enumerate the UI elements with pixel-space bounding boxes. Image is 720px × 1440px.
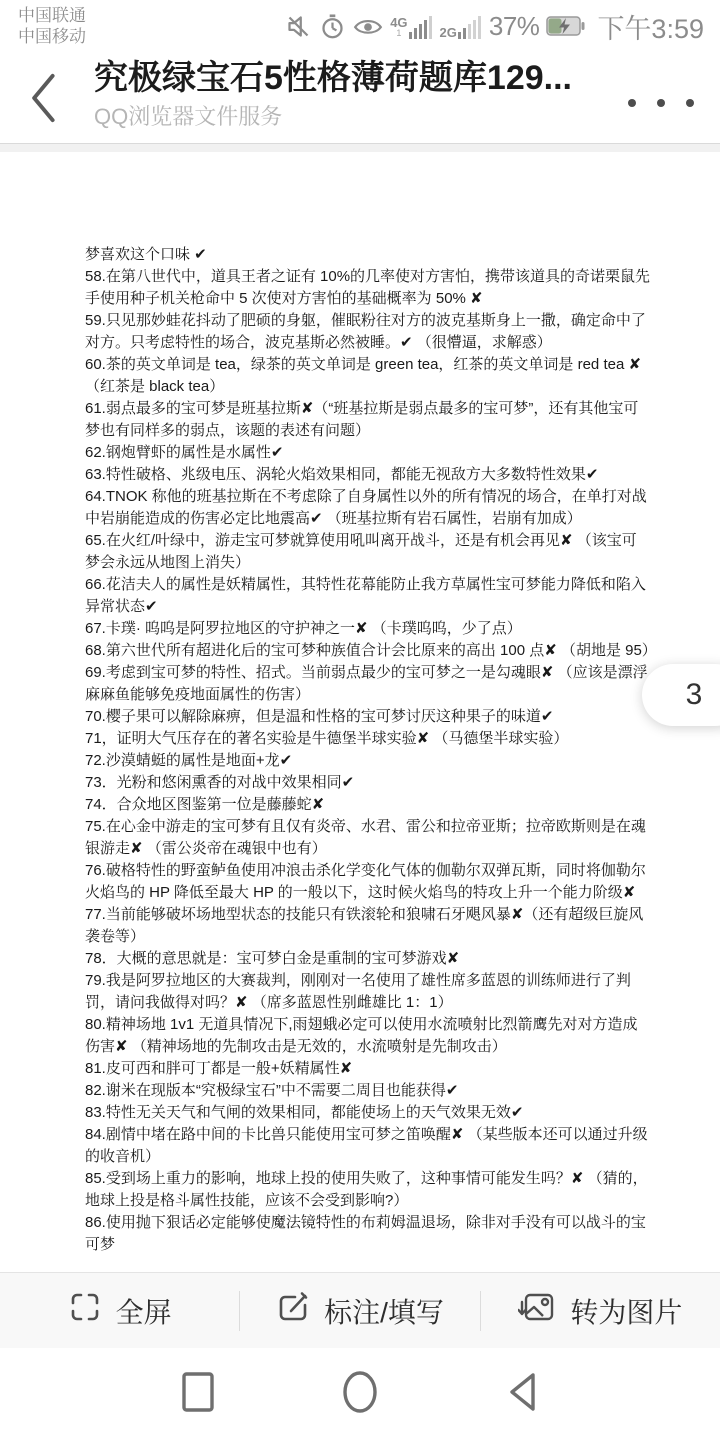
eye-comfort-icon [353,14,383,38]
question-line: 69.考虑到宝可梦的特性、招式。当前弱点最少的宝可梦之一是勾魂眼✘ （应该是漂浮… [85,662,651,706]
battery-charging-icon [546,15,586,37]
bottom-toolbar: 全屏 标注/填写 转为图片 [0,1272,720,1348]
question-line: 60.茶的英文单词是 tea，绿茶的英文单词是 green tea，红茶的英文单… [85,354,651,398]
question-line: 67.卡璞· 呜呜是阿罗拉地区的守护神之一✘ （卡璞呜呜，少了点） [85,618,651,640]
document-page[interactable]: 梦喜欢这个口味 ✔ 58.在第八世代中，道具王者之证有 10%的几率使对方害怕，… [0,152,720,1272]
fullscreen-button[interactable]: 全屏 [0,1290,239,1331]
question-line: 83.特性无关天气和气闸的效果相同，都能使场上的天气效果无效✔ [85,1102,651,1124]
header-divider [0,143,720,152]
annotate-icon [276,1290,310,1331]
annotate-button[interactable]: 标注/填写 [240,1290,479,1331]
question-line: 64.TNOK 称他的班基拉斯在不考虑除了自身属性以外的所有情况的场合，在单打对… [85,486,651,530]
question-line: 79.我是阿罗拉地区的大赛裁判，刚刚对一名使用了雄性席多蓝恩的训练师进行了判罚，… [85,970,651,1014]
fullscreen-label: 全屏 [116,1291,172,1331]
more-dots-icon [628,99,636,107]
carrier-2: 中国移动 [18,26,86,47]
fullscreen-icon [68,1290,102,1331]
question-line: 82.谢米在现版本“究极绿宝石”中不需要二周目也能获得✔ [85,1080,651,1102]
alarm-icon [319,13,346,40]
back-button[interactable] [20,65,68,135]
sim2-signal-icon: 2G [440,13,482,39]
status-bar: 中国联通 中国移动 4G1 2G 37% 下午3:59 [0,0,720,55]
question-line: 62.钢炮臂虾的属性是水属性✔ [85,442,651,464]
question-line: 75.在心金中游走的宝可梦有且仅有炎帝、水君、雷公和拉帝亚斯；拉帝欧斯则是在魂银… [85,816,651,860]
convert-to-image-label: 转为图片 [570,1291,682,1331]
mute-icon [285,13,312,40]
question-line: 74．合众地区图鉴第一位是藤藤蛇✘ [85,794,651,816]
document-body: 梦喜欢这个口味 ✔ 58.在第八世代中，道具王者之证有 10%的几率使对方害怕，… [85,244,651,1256]
recents-button[interactable] [180,1371,216,1417]
question-line: 85.受到场上重力的影响，地球上投的使用失败了，这种事情可能发生吗？✘ （猜的，… [85,1168,651,1212]
question-line: 73．光粉和悠闲熏香的对战中效果相同✔ [85,772,651,794]
question-line: 78．大概的意思就是：宝可梦白金是重制的宝可梦游戏✘ [85,948,651,970]
question-line: 梦喜欢这个口味 ✔ [85,244,651,266]
question-line: 59.只见那妙蛙花抖动了肥硕的身躯，催眠粉往对方的波克基斯身上一撒，确定命中了对… [85,310,651,354]
android-nav-bar [0,1348,720,1440]
clock-time: 下午3:59 [597,7,704,46]
carrier-labels: 中国联通 中国移动 [18,5,86,47]
sim1-signal-icon: 4G1 [390,13,432,39]
question-line: 70.樱子果可以解除麻痹，但是温和性格的宝可梦讨厌这种果子的味道✔ [85,706,651,728]
home-icon [342,1369,378,1420]
question-line: 63.特性破格、兆级电压、涡轮火焰效果相同，都能无视敌方大多数特性效果✔ [85,464,651,486]
page-number-badge[interactable]: 3 [642,664,720,726]
question-line: 86.使用抛下狠话必定能够使魔法镜特性的布莉姆温退场，除非对手没有可以战斗的宝可… [85,1212,651,1256]
chevron-left-icon [28,67,60,134]
question-line: 58.在第八世代中，道具王者之证有 10%的几率使对方害怕，携带该道具的奇诺栗鼠… [85,266,651,310]
question-line: 66.花洁夫人的属性是妖精属性，其特性花幕能防止我方草属性宝可梦能力降低和陷入异… [85,574,651,618]
question-line: 77.当前能够破坏场地型状态的技能只有铁滚轮和狼啸石牙飓风暴✘（还有超级巨旋风袭… [85,904,651,948]
page-subtitle: QQ浏览器文件服务 [94,104,610,130]
recents-icon [181,1370,215,1419]
back-icon [507,1370,537,1419]
convert-to-image-button[interactable]: 转为图片 [481,1290,720,1331]
question-line: 65.在火红/叶绿中，游走宝可梦就算使用吼叫离开战斗，还是有机会再见✘ （该宝可… [85,530,651,574]
page-title: 究极绿宝石5性格薄荷题库129... [94,57,610,99]
more-menu-button[interactable] [628,83,694,123]
question-line: 81.皮可西和胖可丁都是一般+妖精属性✘ [85,1058,651,1080]
question-line: 72.沙漠蜻蜓的属性是地面+龙✔ [85,750,651,772]
convert-to-image-icon [518,1290,556,1331]
annotate-label: 标注/填写 [324,1291,444,1331]
home-button[interactable] [342,1371,378,1417]
app-header: 究极绿宝石5性格薄荷题库129... QQ浏览器文件服务 [0,55,720,143]
back-nav-button[interactable] [504,1371,540,1417]
battery-percent: 37% [489,11,540,42]
question-line: 61.弱点最多的宝可梦是班基拉斯✘（“班基拉斯是弱点最多的宝可梦”，还有其他宝可… [85,398,651,442]
question-line: 80.精神场地 1v1 无道具情况下,雨翅蛾必定可以使用水流喷射比烈箭鹰先对对方… [85,1014,651,1058]
question-line: 76.破格特性的野蛮鲈鱼使用冲浪击杀化学变化气体的伽勒尔双弹瓦斯，同时将伽勒尔火… [85,860,651,904]
carrier-1: 中国联通 [18,5,86,26]
question-line: 84.剧情中堵在路中间的卡比兽只能使用宝可梦之笛唤醒✘ （某些版本还可以通过升级… [85,1124,651,1168]
question-line: 71，证明大气压存在的著名实验是牛德堡半球实验✘ （马德堡半球实验） [85,728,651,750]
question-line: 68.第六世代所有超进化后的宝可梦种族值合计会比原来的高出 100 点✘ （胡地… [85,640,651,662]
